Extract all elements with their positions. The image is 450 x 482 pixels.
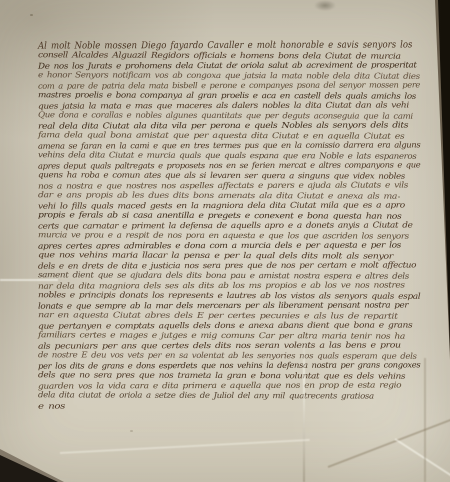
paper-speck (398, 196, 400, 198)
ink-smudge-top (314, 0, 336, 11)
paper-speck (130, 430, 133, 432)
manuscript-line: e nos (38, 400, 420, 411)
fold-crease-diagonal (394, 438, 450, 482)
manuscript-photo: Al molt Noble mossen Diego fayardo Caval… (0, 0, 450, 482)
paper-speck (236, 63, 238, 65)
fold-crease-horizontal (60, 439, 310, 454)
manuscript-text: Al molt Noble mossen Diego fayardo Caval… (38, 41, 420, 411)
fold-crease-diagonal (328, 412, 450, 468)
fold-crease-vertical (424, 358, 426, 482)
paper-speck (30, 14, 33, 16)
